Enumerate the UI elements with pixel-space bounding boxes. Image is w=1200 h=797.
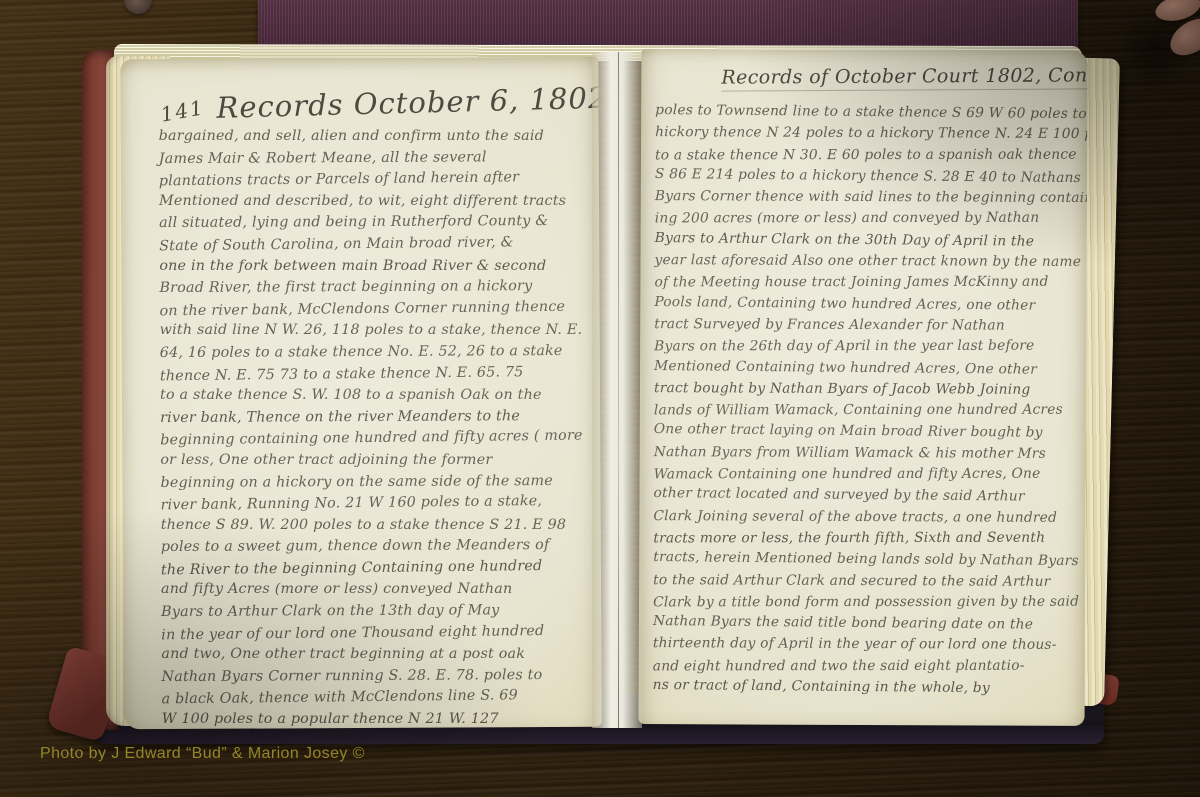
- handwritten-line: tract Surveyed by Frances Alexander for …: [654, 314, 1078, 337]
- handwritten-line: Mentioned Containing two hundred Acres, …: [654, 356, 1078, 381]
- handwritten-line: thence N. E. 75 73 to a stake thence N. …: [160, 361, 590, 387]
- handwritten-line: tracts more or less, the fourth fifth, S…: [653, 528, 1077, 550]
- handwritten-line: One other tract laying on Main broad Riv…: [654, 419, 1078, 444]
- left-page: 141 Records October 6, 1802 bargained, a…: [120, 57, 602, 729]
- handwritten-line: on the river bank, McClendons Corner run…: [159, 296, 589, 322]
- handwritten-line: year last aforesaid Also one other tract…: [655, 250, 1079, 273]
- handwritten-line: and two, One other tract beginning at a …: [161, 644, 591, 666]
- handwritten-line: of the Meeting house tract Joining James…: [654, 272, 1078, 294]
- handwritten-line: thence S 89. W. 200 poles to a stake the…: [161, 515, 591, 537]
- handwritten-line: S 86 E 214 poles to a hickory thence S. …: [655, 164, 1079, 189]
- handwritten-line: Clark by a title bond form and possessio…: [653, 591, 1077, 613]
- left-page-heading: Records October 6, 1802: [216, 83, 601, 125]
- handwritten-line: other tract located and surveyed by the …: [653, 483, 1077, 508]
- handwritten-line: in the year of our lord one Thousand eig…: [161, 620, 591, 646]
- handwritten-line: and fifty Acres (more or less) conveyed …: [161, 579, 591, 601]
- pen-slash-mark: [206, 110, 207, 112]
- handwritten-line: the River to the beginning Containing on…: [161, 555, 591, 581]
- handwritten-line: one in the fork between main Broad River…: [159, 255, 589, 277]
- handwritten-line: Pools land, Containing two hundred Acres…: [654, 292, 1078, 317]
- photo-of-record-book: 141 Records October 6, 1802 bargained, a…: [0, 0, 1200, 797]
- handwritten-line: hickory thence N 24 poles to a hickory T…: [655, 122, 1079, 145]
- right-page-heading: Records of October Court 1802, Continued: [721, 65, 1087, 92]
- photographer-watermark: Photo by J Edward “Bud” & Marion Josey ©: [40, 744, 365, 763]
- handwritten-line: beginning containing one hundred and fif…: [160, 426, 590, 452]
- handwritten-line: poles to Townsend line to a stake thence…: [655, 100, 1079, 125]
- handwritten-line: ing 200 acres (more or less) and conveye…: [655, 208, 1079, 230]
- handwritten-line: plantations tracts or Parcels of land he…: [159, 167, 589, 193]
- handwritten-line: with said line N W. 26, 118 poles to a s…: [160, 320, 590, 342]
- left-page-number: 141: [159, 97, 206, 125]
- handwritten-line: State of South Carolina, on Main broad r…: [159, 231, 589, 257]
- handwritten-line: Nathan Byars from William Wamack & his m…: [654, 442, 1078, 465]
- handwritten-line: Clark Joining several of the above tract…: [653, 506, 1077, 529]
- handwritten-line: W 100 poles to a popular thence N 21 W. …: [162, 709, 592, 729]
- handwritten-line: ns or tract of land, Containing in the w…: [653, 675, 1077, 700]
- left-page-header: 141 Records October 6, 1802: [160, 71, 588, 121]
- left-page-text: bargained, and sell, alien and confirm u…: [159, 125, 592, 729]
- handwritten-line: Byars Corner thence with said lines to t…: [655, 186, 1079, 209]
- handwritten-line: to the said Arthur Clark and secured to …: [653, 570, 1077, 593]
- handwritten-line: a black Oak, thence with McClendons line…: [161, 685, 591, 711]
- handwritten-line: Nathan Byars the said title bond bearing…: [653, 611, 1077, 636]
- handwritten-line: Byars to Arthur Clark on the 13th day of…: [161, 600, 591, 624]
- right-page-header: Records of October Court 1802, Continued…: [721, 59, 1079, 97]
- fingertip-top-left: [124, 0, 152, 14]
- book-gutter: [592, 52, 642, 728]
- handwritten-line: tracts, herein Mentioned being lands sol…: [653, 547, 1077, 572]
- handwritten-line: thirteenth day of April in the year of o…: [653, 634, 1077, 657]
- handwritten-line: river bank, Running No. 21 W 160 poles t…: [160, 491, 590, 517]
- handwritten-line: or less, One other tract adjoining the f…: [160, 450, 590, 472]
- handwritten-line: and eight hundred and two the said eight…: [653, 655, 1077, 677]
- handwritten-line: Mentioned and described, to wit, eight d…: [159, 191, 589, 213]
- handwritten-line: bargained, and sell, alien and confirm u…: [159, 126, 589, 148]
- handwritten-line: tract bought by Nathan Byars of Jacob We…: [654, 378, 1078, 401]
- handwritten-line: 64, 16 poles to a stake thence No. E. 52…: [160, 341, 590, 365]
- right-page: Records of October Court 1802, Continued…: [639, 49, 1088, 726]
- handwritten-line: Byars to Arthur Clark on the 30th Day of…: [655, 228, 1079, 253]
- handwritten-line: Byars on the 26th day of April in the ye…: [654, 336, 1078, 358]
- handwritten-line: to a stake thence N 30. E 60 poles to a …: [655, 144, 1079, 166]
- handwritten-line: to a stake thence S. W. 108 to a spanish…: [160, 385, 590, 407]
- handwritten-line: lands of William Wamack, Containing one …: [654, 400, 1078, 422]
- handwritten-line: Wamack Containing one hundred and fifty …: [654, 464, 1078, 486]
- right-page-text: poles to Townsend line to a stake thence…: [653, 101, 1080, 699]
